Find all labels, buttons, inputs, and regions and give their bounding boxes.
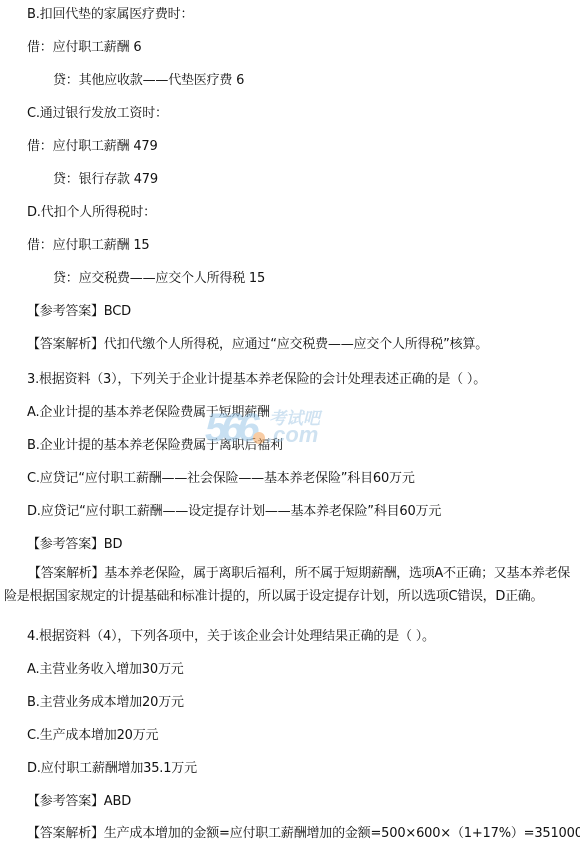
d-title: D.代扣个人所得税时： bbox=[27, 205, 156, 221]
q3-analysis: 【答案解析】基本养老保险，属于离职后福利，所不属于短期薪酬，选项A不正确；又基本… bbox=[4, 562, 576, 608]
c-debit: 借：应付职工薪酬 479 bbox=[27, 139, 158, 155]
q4-a: A.主营业务收入增加30万元 bbox=[27, 662, 184, 678]
q3-answer: 【参考答案】BD bbox=[27, 537, 122, 553]
q2-analysis: 【答案解析】代扣代缴个人所得税，应通过“应交税费——应交个人所得税”核算。 bbox=[27, 337, 488, 353]
q4-question: 4.根据资料（4），下列各项中，关于该企业会计处理结果正确的是（ ）。 bbox=[27, 629, 435, 645]
q3-question: 3.根据资料（3），下列关于企业计提基本养老保险的会计处理表述正确的是（ ）。 bbox=[27, 372, 486, 388]
q4-analysis: 【答案解析】生产成本增加的金额=应付职工薪酬增加的金额=500×600×（1+1… bbox=[27, 826, 580, 842]
b-title: B.扣回代垫的家属医疗费时： bbox=[27, 7, 193, 23]
b-debit: 借：应付职工薪酬 6 bbox=[27, 40, 141, 56]
q4-d: D.应付职工薪酬增加35.1万元 bbox=[27, 761, 197, 777]
q3-b: B.企业计提的基本养老保险费属于离职后福利 bbox=[27, 438, 283, 454]
q2-answer: 【参考答案】BCD bbox=[27, 304, 131, 320]
c-credit: 贷：银行存款 479 bbox=[53, 172, 158, 188]
q4-b: B.主营业务成本增加20万元 bbox=[27, 695, 184, 711]
q4-c: C.生产成本增加20万元 bbox=[27, 728, 158, 744]
q4-answer: 【参考答案】ABD bbox=[27, 794, 131, 810]
q3-d: D.应贷记“应付职工薪酬——设定提存计划——基本养老保险”科目60万元 bbox=[27, 504, 441, 520]
watermark-brand-cn: 考试吧 bbox=[269, 404, 320, 429]
q3-a: A.企业计提的基本养老保险费属于短期薪酬 bbox=[27, 405, 270, 421]
q3-c: C.应贷记“应付职工薪酬——社会保险——基本养老保险”科目60万元 bbox=[27, 471, 415, 487]
d-debit: 借：应付职工薪酬 15 bbox=[27, 238, 149, 254]
d-credit: 贷：应交税费——应交个人所得税 15 bbox=[53, 271, 265, 287]
c-title: C.通过银行发放工资时： bbox=[27, 106, 168, 122]
b-credit: 贷：其他应收款——代垫医疗费 6 bbox=[53, 73, 244, 89]
